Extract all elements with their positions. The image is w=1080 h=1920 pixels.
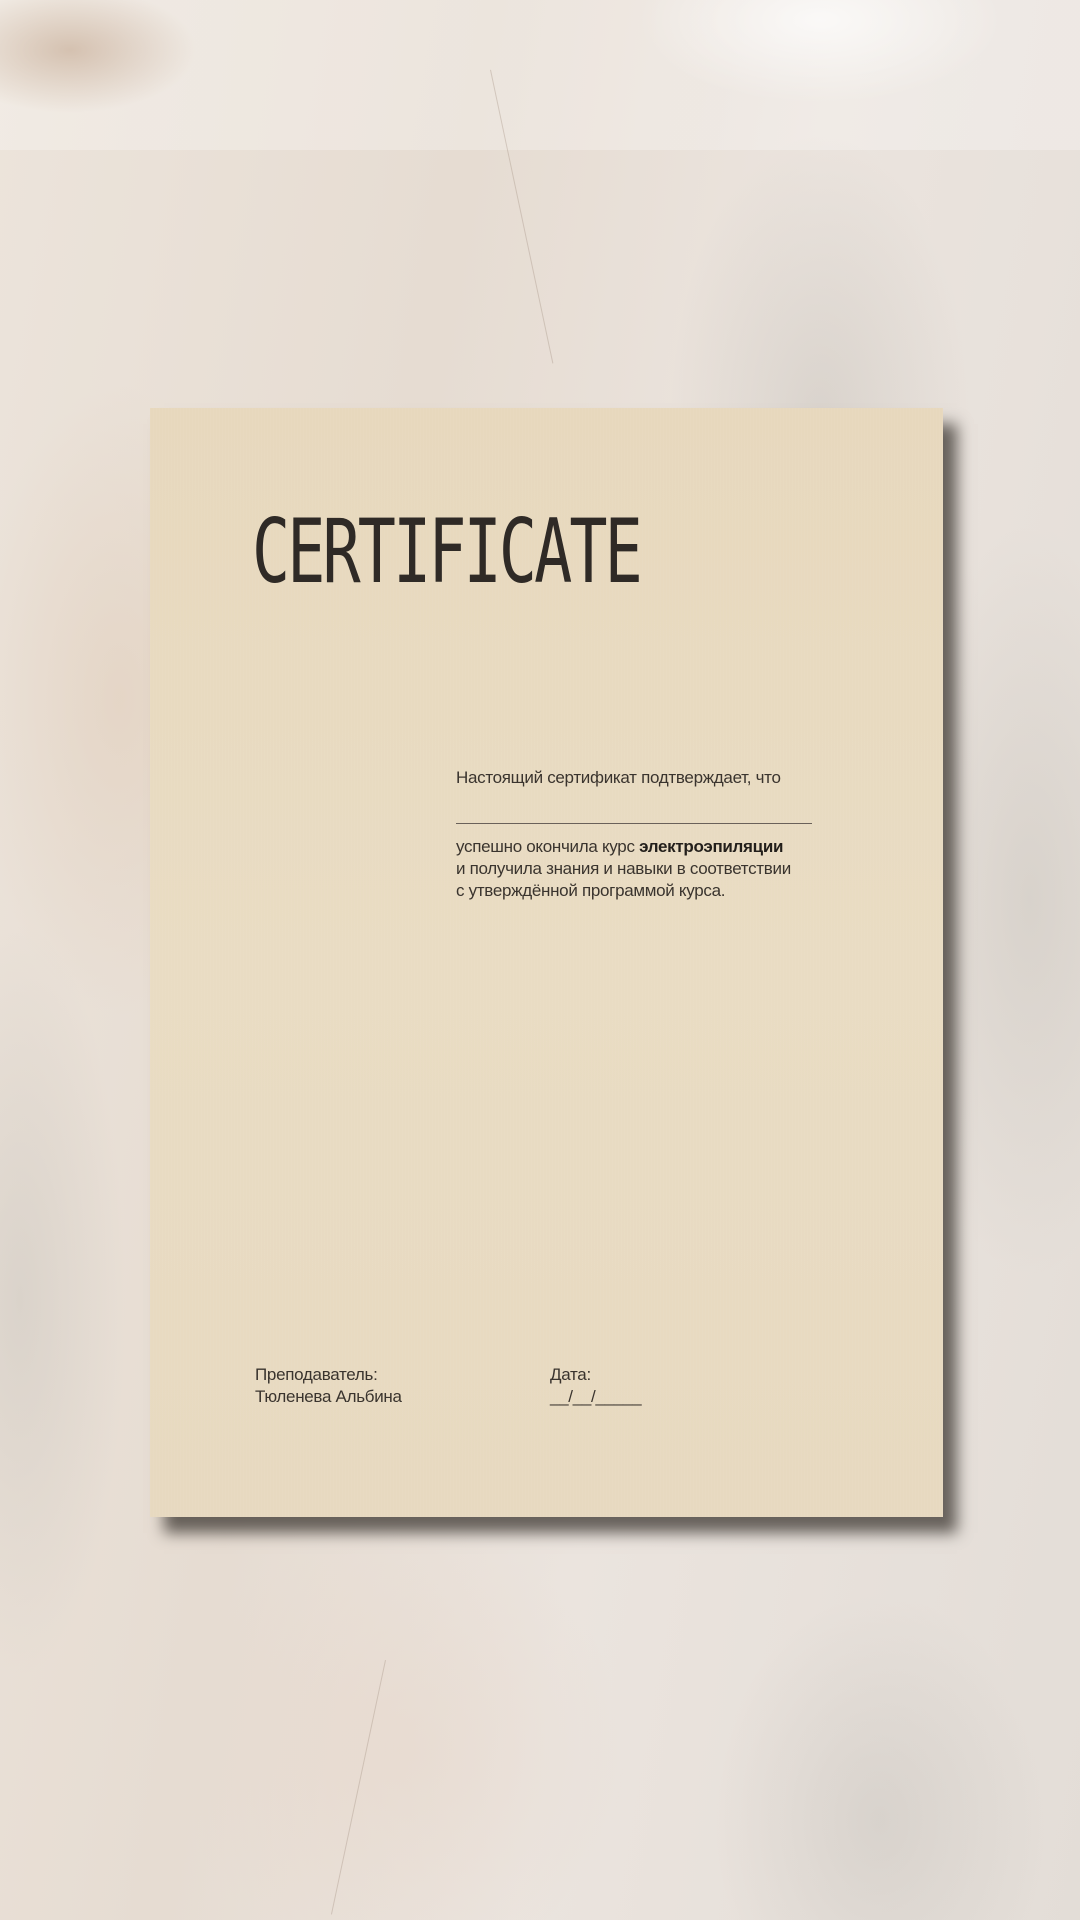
date-label: Дата:: [550, 1364, 641, 1386]
background-scratch: [331, 1660, 386, 1915]
certificate-page: CERTIFICATE Настоящий сертификат подтвер…: [150, 408, 943, 1517]
background-scratch: [490, 70, 553, 364]
teacher-label: Преподаватель:: [255, 1364, 402, 1386]
course-name: электроэпиляции: [639, 837, 783, 856]
confirm-text: Настоящий сертификат подтверждает, что: [456, 768, 876, 788]
recipient-name-line: [456, 823, 812, 824]
date-block: Дата: __/__/_____: [550, 1364, 641, 1408]
completion-line-1: успешно окончила курс электроэпиляции: [456, 836, 896, 858]
teacher-block: Преподаватель: Тюленева Альбина: [255, 1364, 402, 1408]
completion-text: успешно окончила курс электроэпиляции и …: [456, 836, 896, 902]
certificate-title: CERTIFICATE: [252, 508, 640, 596]
completion-line-2: и получила знания и навыки в соответстви…: [456, 858, 896, 880]
date-value: __/__/_____: [550, 1386, 641, 1408]
completion-line-3: с утверждённой программой курса.: [456, 880, 896, 902]
teacher-name: Тюленева Альбина: [255, 1386, 402, 1408]
